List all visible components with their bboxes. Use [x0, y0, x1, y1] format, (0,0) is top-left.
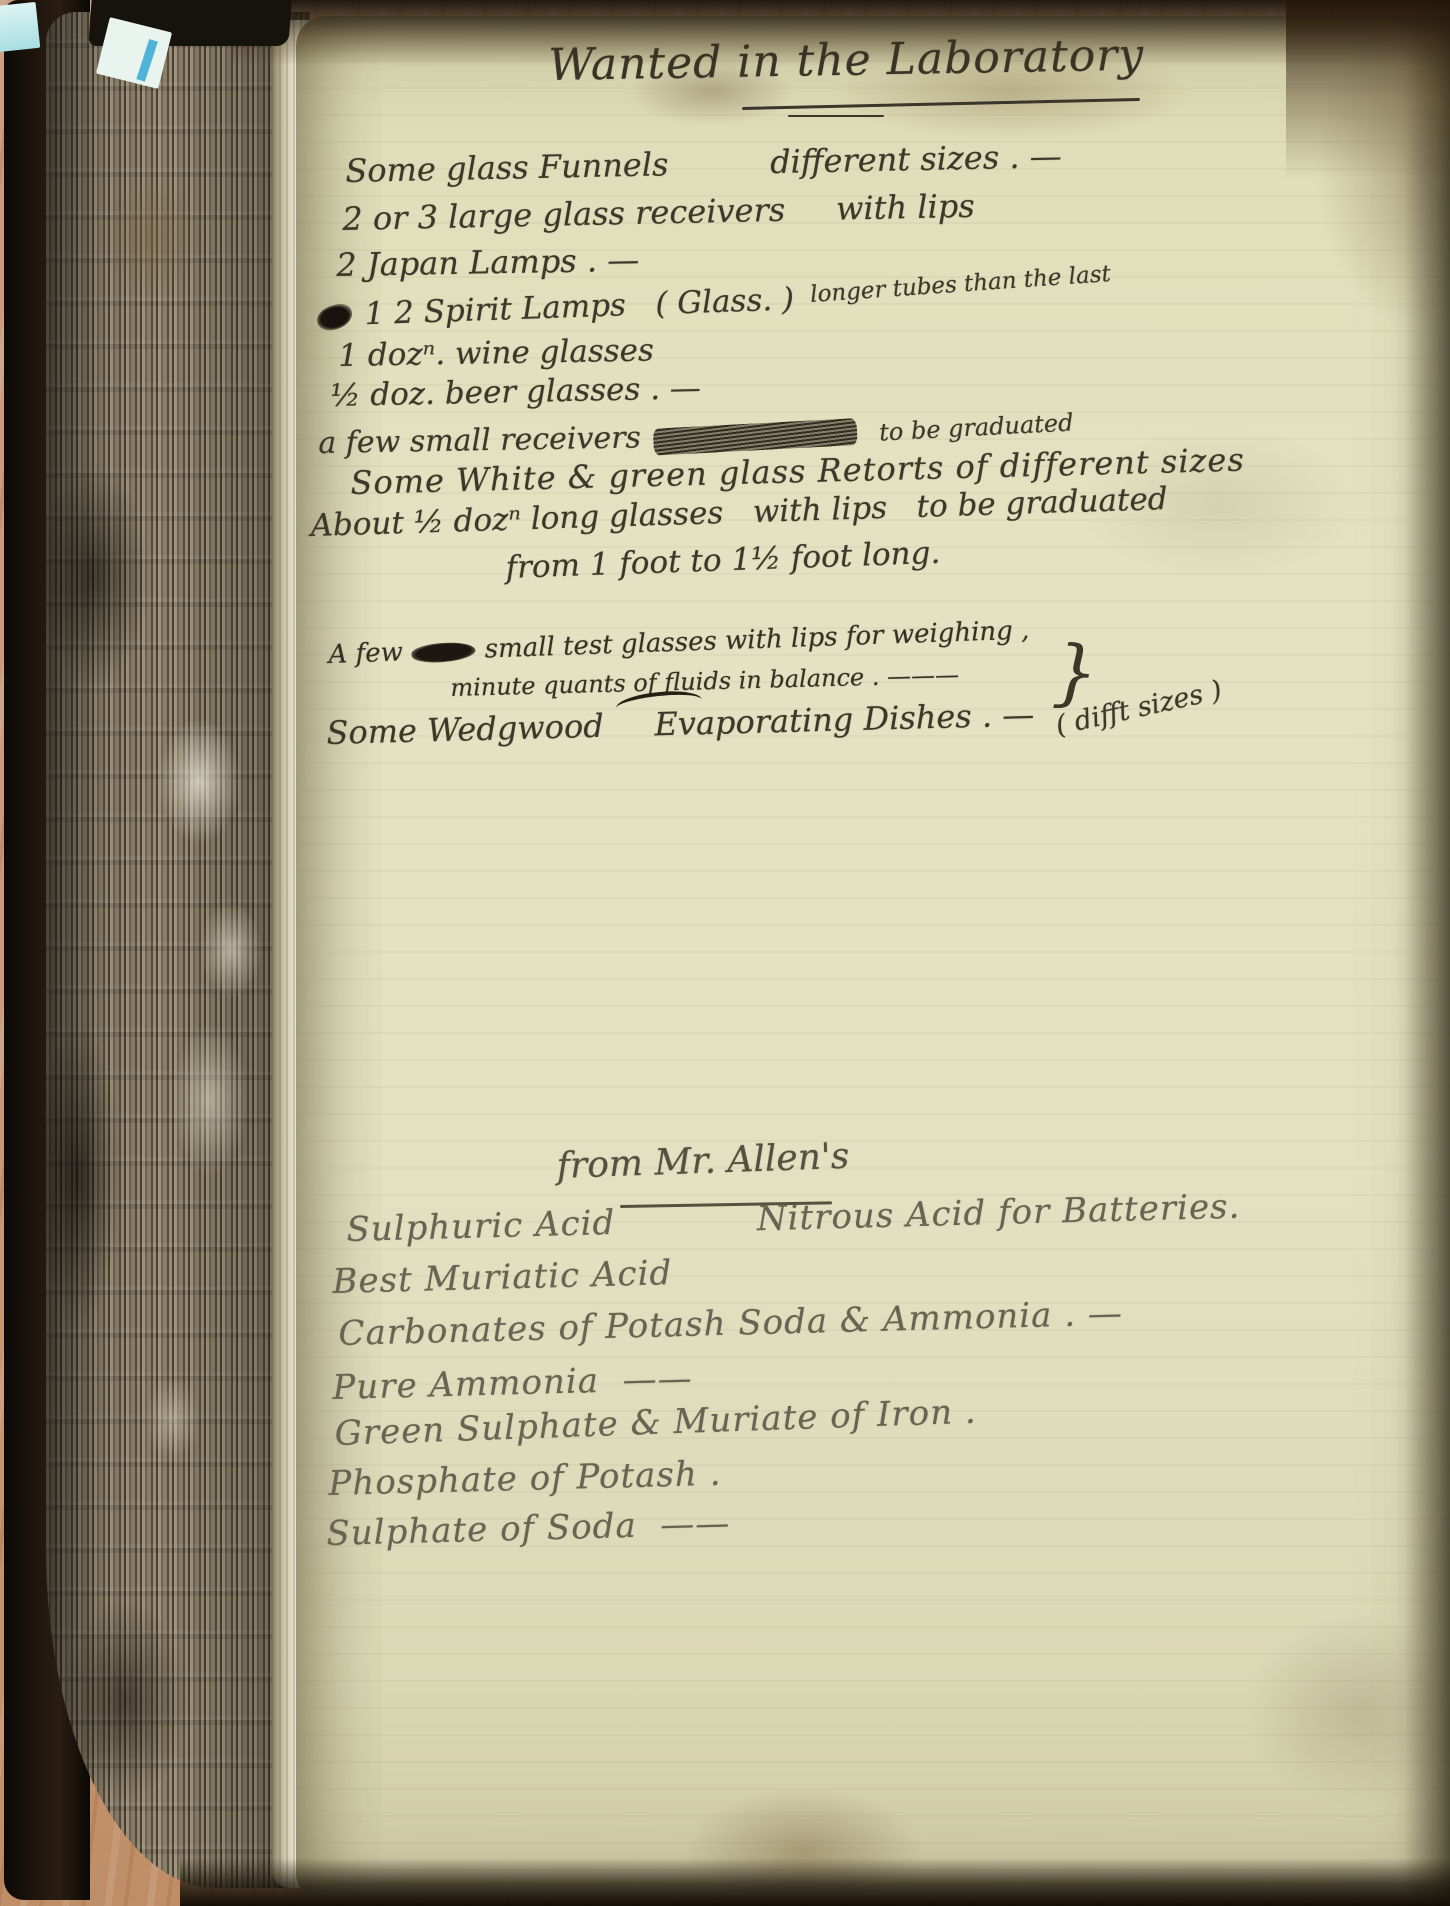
bottom-shadow — [180, 1858, 1450, 1906]
line-text: a few small receivers — [318, 420, 641, 461]
crossed-out-word-blot — [411, 640, 476, 665]
line-text-start: A few — [328, 637, 403, 670]
list-line-wine-glasses: 1 dozⁿ. wine glasses — [338, 332, 654, 374]
book-photo: { "colors": { "paper": "#e4e2c2", "ink":… — [0, 0, 1450, 1906]
top-right-stain — [1286, 0, 1450, 180]
list-line-japan-lamps: 2 Japan Lamps . — — [336, 241, 639, 284]
cyan-paper-slip — [0, 2, 40, 52]
title-underline-short — [788, 115, 884, 117]
page-edges-texture — [46, 12, 310, 1888]
ink-blot-icon — [314, 301, 355, 334]
crossed-out-word — [652, 418, 857, 456]
blue-paper-edge — [136, 39, 158, 82]
page-right-shadow — [1404, 0, 1450, 1906]
top-shadow — [232, 0, 1450, 66]
